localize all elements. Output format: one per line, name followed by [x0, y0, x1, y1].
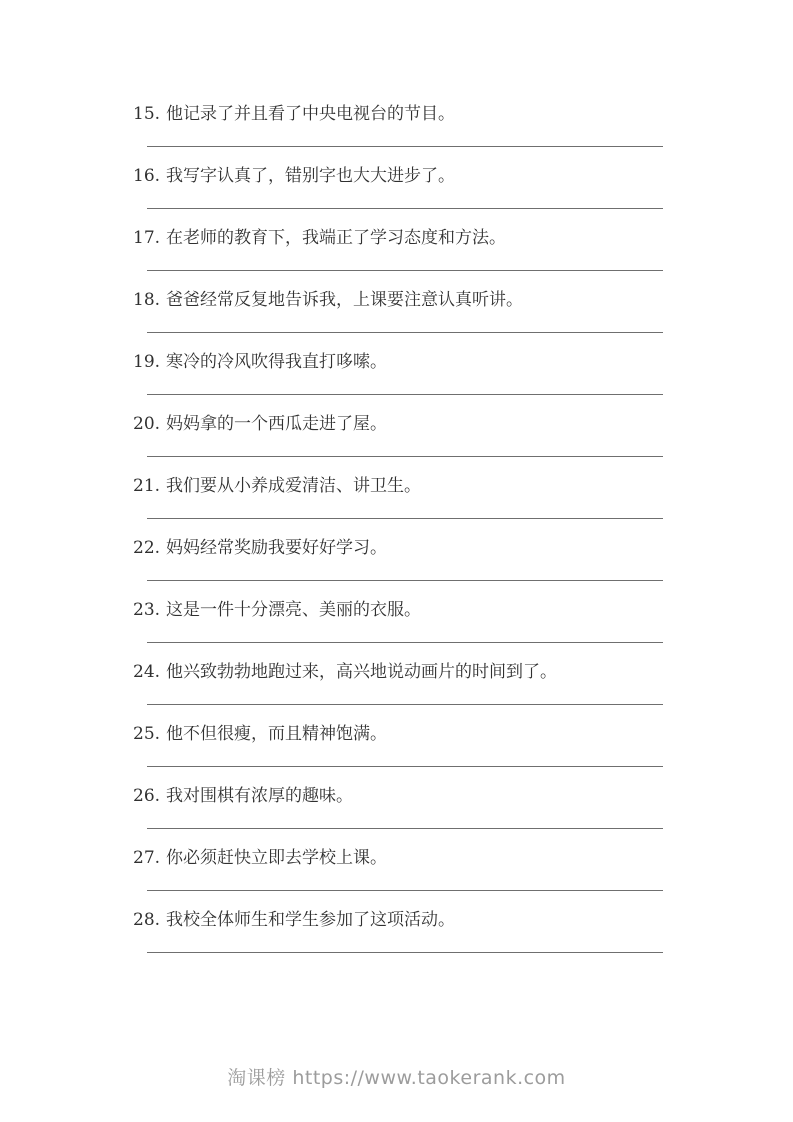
answer-line — [147, 125, 663, 147]
answer-line — [147, 683, 663, 705]
sentence-item-15: 15.他记录了并且看了中央电视台的节目。 — [133, 103, 663, 165]
sentence-item-25: 25.他不但很瘦，而且精神饱满。 — [133, 723, 663, 785]
answer-line — [147, 559, 663, 581]
sentence-line: 25.他不但很瘦，而且精神饱满。 — [133, 723, 663, 745]
sentence-item-24: 24.他兴致勃勃地跑过来，高兴地说动画片的时间到了。 — [133, 661, 663, 723]
sentence-item-23: 23.这是一件十分漂亮、美丽的衣服。 — [133, 599, 663, 661]
sentence-text: 他记录了并且看了中央电视台的节目。 — [166, 104, 455, 124]
sentence-text: 我们要从小养成爱清洁、讲卫生。 — [166, 476, 421, 496]
sentence-line: 23.这是一件十分漂亮、美丽的衣服。 — [133, 599, 663, 621]
sentence-item-28: 28.我校全体师生和学生参加了这项活动。 — [133, 909, 663, 971]
sentence-text: 你必须赶快立即去学校上课。 — [166, 848, 387, 868]
sentence-line: 24.他兴致勃勃地跑过来，高兴地说动画片的时间到了。 — [133, 661, 663, 683]
worksheet-page: 15.他记录了并且看了中央电视台的节目。 16.我写字认真了，错别字也大大进步了… — [0, 0, 793, 1122]
sentence-number: 23. — [133, 600, 160, 620]
answer-line — [147, 187, 663, 209]
sentence-item-26: 26.我对围棋有浓厚的趣味。 — [133, 785, 663, 847]
sentence-text: 在老师的教育下，我端正了学习态度和方法。 — [166, 228, 506, 248]
sentence-number: 28. — [133, 910, 160, 930]
sentence-item-19: 19.寒冷的冷风吹得我直打哆嗦。 — [133, 351, 663, 413]
sentence-number: 24. — [133, 662, 160, 682]
sentence-number: 17. — [133, 228, 160, 248]
sentence-text: 这是一件十分漂亮、美丽的衣服。 — [166, 600, 421, 620]
answer-line — [147, 869, 663, 891]
sentence-text: 我对围棋有浓厚的趣味。 — [166, 786, 353, 806]
sentence-item-27: 27.你必须赶快立即去学校上课。 — [133, 847, 663, 909]
sentence-item-20: 20.妈妈拿的一个西瓜走进了屋。 — [133, 413, 663, 475]
sentence-number: 16. — [133, 166, 160, 186]
sentence-line: 16.我写字认真了，错别字也大大进步了。 — [133, 165, 663, 187]
sentence-list: 15.他记录了并且看了中央电视台的节目。 16.我写字认真了，错别字也大大进步了… — [133, 103, 663, 971]
sentence-line: 15.他记录了并且看了中央电视台的节目。 — [133, 103, 663, 125]
answer-line — [147, 497, 663, 519]
sentence-item-17: 17.在老师的教育下，我端正了学习态度和方法。 — [133, 227, 663, 289]
sentence-item-21: 21.我们要从小养成爱清洁、讲卫生。 — [133, 475, 663, 537]
sentence-text: 我校全体师生和学生参加了这项活动。 — [166, 910, 455, 930]
sentence-line: 21.我们要从小养成爱清洁、讲卫生。 — [133, 475, 663, 497]
answer-line — [147, 807, 663, 829]
sentence-line: 22.妈妈经常奖励我要好好学习。 — [133, 537, 663, 559]
footer-watermark: 淘课榜 https://www.taokerank.com — [0, 1063, 793, 1090]
sentence-text: 他不但很瘦，而且精神饱满。 — [166, 724, 387, 744]
sentence-number: 25. — [133, 724, 160, 744]
answer-line — [147, 373, 663, 395]
answer-line — [147, 931, 663, 953]
sentence-text: 寒冷的冷风吹得我直打哆嗦。 — [166, 352, 387, 372]
sentence-number: 27. — [133, 848, 160, 868]
answer-line — [147, 435, 663, 457]
answer-line — [147, 311, 663, 333]
sentence-item-18: 18.爸爸经常反复地告诉我，上课要注意认真听讲。 — [133, 289, 663, 351]
sentence-number: 22. — [133, 538, 160, 558]
sentence-text: 他兴致勃勃地跑过来，高兴地说动画片的时间到了。 — [166, 662, 557, 682]
sentence-text: 爸爸经常反复地告诉我，上课要注意认真听讲。 — [166, 290, 523, 310]
sentence-number: 21. — [133, 476, 160, 496]
sentence-text: 我写字认真了，错别字也大大进步了。 — [166, 166, 455, 186]
sentence-number: 15. — [133, 104, 160, 124]
sentence-line: 17.在老师的教育下，我端正了学习态度和方法。 — [133, 227, 663, 249]
sentence-line: 27.你必须赶快立即去学校上课。 — [133, 847, 663, 869]
sentence-line: 19.寒冷的冷风吹得我直打哆嗦。 — [133, 351, 663, 373]
sentence-number: 19. — [133, 352, 160, 372]
sentence-line: 20.妈妈拿的一个西瓜走进了屋。 — [133, 413, 663, 435]
sentence-item-16: 16.我写字认真了，错别字也大大进步了。 — [133, 165, 663, 227]
sentence-number: 20. — [133, 414, 160, 434]
answer-line — [147, 621, 663, 643]
sentence-text: 妈妈经常奖励我要好好学习。 — [166, 538, 387, 558]
sentence-number: 26. — [133, 786, 160, 806]
sentence-item-22: 22.妈妈经常奖励我要好好学习。 — [133, 537, 663, 599]
sentence-number: 18. — [133, 290, 160, 310]
sentence-line: 18.爸爸经常反复地告诉我，上课要注意认真听讲。 — [133, 289, 663, 311]
answer-line — [147, 249, 663, 271]
sentence-text: 妈妈拿的一个西瓜走进了屋。 — [166, 414, 387, 434]
answer-line — [147, 745, 663, 767]
sentence-line: 26.我对围棋有浓厚的趣味。 — [133, 785, 663, 807]
sentence-line: 28.我校全体师生和学生参加了这项活动。 — [133, 909, 663, 931]
